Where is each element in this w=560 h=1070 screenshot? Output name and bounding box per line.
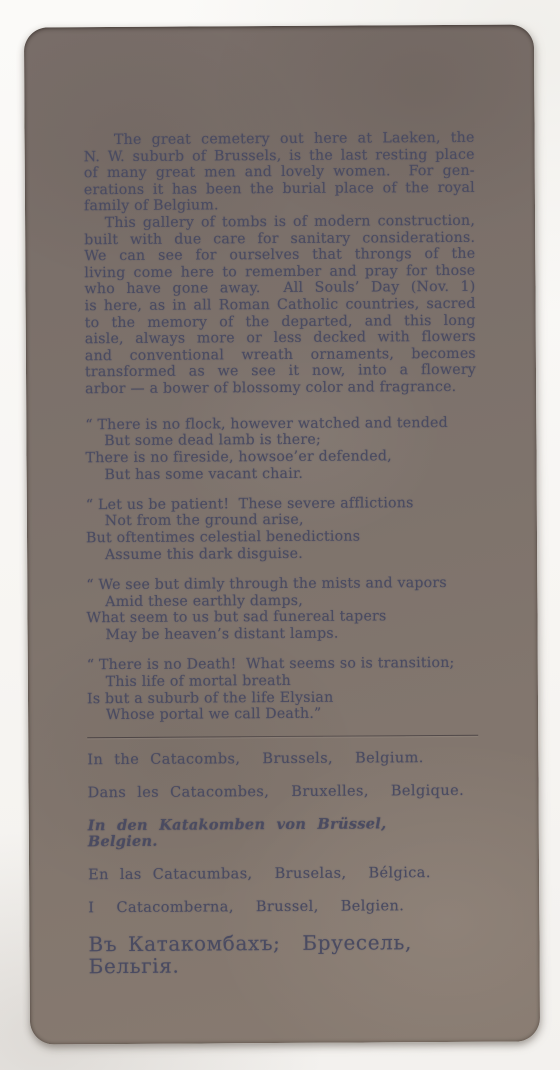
caption-english: In the Catacombs, Brussels, Belgium.	[87, 750, 478, 768]
poem-quotation: “ There is no flock, however watched and…	[85, 414, 478, 724]
text-line: Assume this dark disguise.	[86, 545, 477, 564]
text-line: erations it has been the burial place of…	[84, 180, 475, 199]
text-line: “ There is no flock, however watched and…	[85, 414, 476, 433]
poem-stanza-3: “ We see but dimly through the mists and…	[86, 575, 477, 645]
poem-stanza-2: “ Let us be patient! These severe afflic…	[86, 494, 477, 564]
text-line: arbor — a bower of blossomy color and fr…	[85, 379, 476, 398]
description-paragraph-2: This gallery of tombs is of modern const…	[84, 213, 476, 398]
caption-swedish: I Catacomberna, Brussel, Belgien.	[88, 898, 479, 916]
stereoview-card-back: The great cemetery out here at Laeken, t…	[24, 24, 540, 1044]
text-line: May be heaven’s distant lamps.	[87, 625, 478, 644]
multilingual-captions: In the Catacombs, Brussels, Belgium. Dan…	[87, 750, 479, 977]
caption-german-fraktur: In den Katakomben von Brüssel, Belgien.	[88, 816, 479, 850]
caption-russian: Въ Катакомбахъ; Бруесель, Бельгія.	[88, 931, 479, 977]
text-line: of many great men and lovely women. For …	[84, 163, 475, 182]
text-line: “ There is no Death! What seems so is tr…	[87, 655, 478, 674]
divider-rule	[87, 735, 478, 738]
text-line: The great cemetery out here at Laeken, t…	[84, 130, 475, 149]
poem-stanza-1: “ There is no flock, however watched and…	[85, 414, 476, 484]
photo-background: The great cemetery out here at Laeken, t…	[0, 0, 560, 1070]
text-line: Whose portal we call Death.”	[87, 705, 478, 724]
poem-stanza-4: “ There is no Death! What seems so is tr…	[87, 655, 478, 725]
caption-spanish: En las Catacumbas, Bruselas, Bélgica.	[88, 865, 479, 883]
card-text-block: The great cemetery out here at Laeken, t…	[84, 130, 480, 978]
text-line: This gallery of tombs is of modern const…	[84, 213, 475, 232]
text-line: “ We see but dimly through the mists and…	[86, 575, 477, 594]
description-paragraph-1: The great cemetery out here at Laeken, t…	[84, 130, 475, 215]
caption-french: Dans les Catacombes, Bruxelles, Belgique…	[88, 783, 479, 801]
text-line: But has some vacant chair.	[86, 465, 477, 484]
text-line: is here, as in all Roman Catholic countr…	[85, 296, 476, 315]
text-line: We can see for ourselves that throngs of…	[84, 246, 475, 265]
text-line: aisle, always more or less decked with f…	[85, 329, 476, 348]
